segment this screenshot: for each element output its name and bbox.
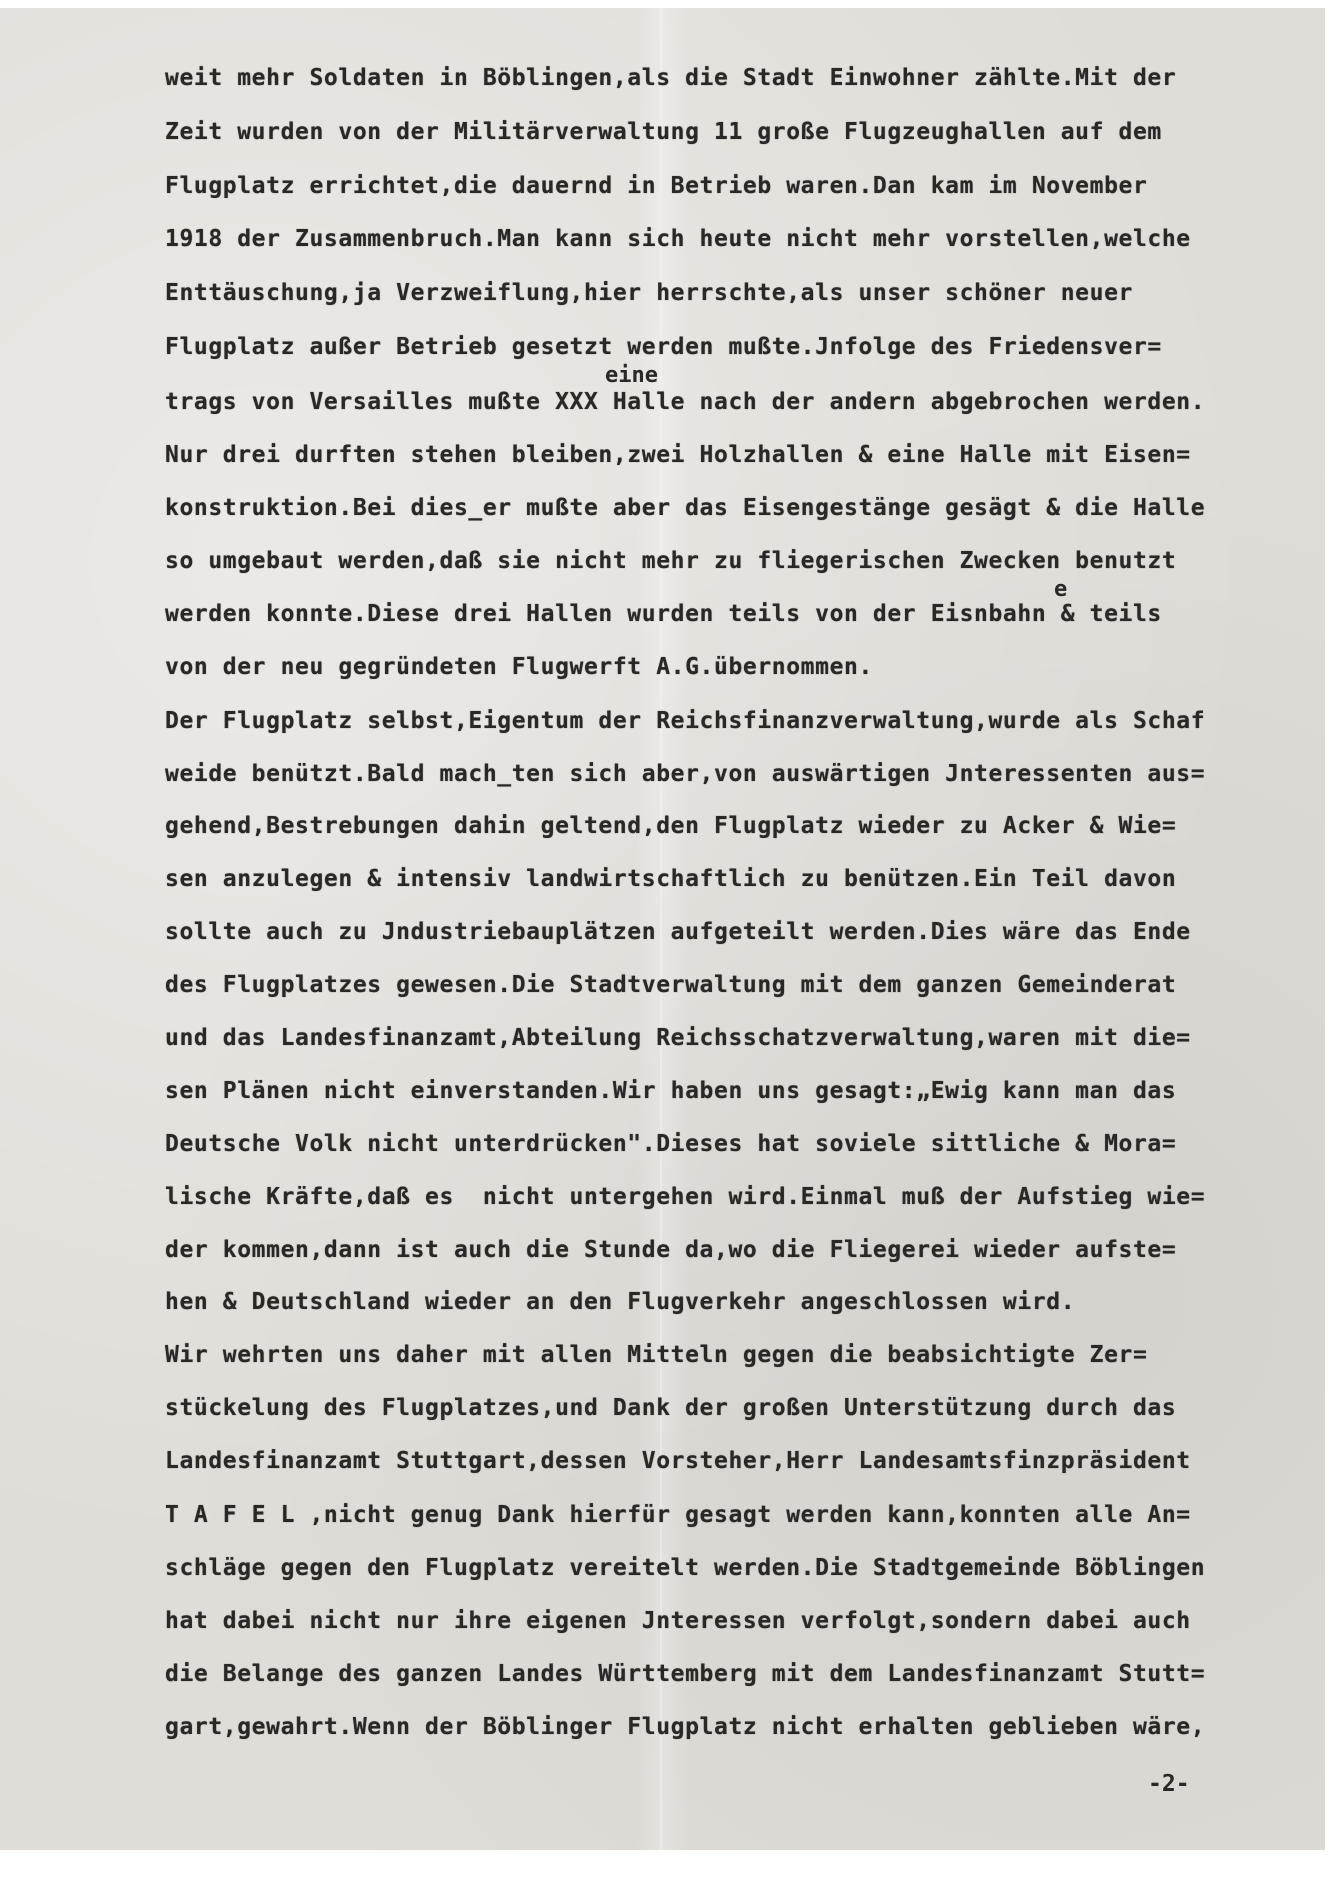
text-line: 1918 der Zusammenbruch.Man kann sich heu…	[165, 225, 1191, 253]
text-line: Zeit wurden von der Militärverwaltung 11…	[165, 118, 1162, 146]
text-line: von der neu gegründeten Flugwerft A.G.üb…	[165, 653, 873, 681]
text-line: gart,gewahrt.Wenn der Böblinger Flugplat…	[165, 1713, 1205, 1741]
text-line: stückelung des Flugplatzes,und Dank der …	[165, 1394, 1176, 1422]
text-line: der kommen,dann ist auch die Stunde da,w…	[165, 1236, 1176, 1264]
text-line: sollte auch zu Jndustriebauplätzen aufge…	[165, 918, 1191, 946]
text-line: gehend,Bestrebungen dahin geltend,den Fl…	[165, 812, 1176, 840]
text-line: weide benützt.Bald mach_ten sich aber,vo…	[165, 760, 1205, 788]
text-line: Flugplatz außer Betrieb gesetzt werden m…	[165, 333, 1162, 361]
text-line: weit mehr Soldaten in Böblingen,als die …	[165, 64, 1176, 92]
text-line: und das Landesfinanzamt,Abteilung Reichs…	[165, 1024, 1191, 1052]
text-line: Deutsche Volk nicht unterdrücken".Dieses…	[165, 1130, 1176, 1158]
text-line: Nur drei durften stehen bleiben,zwei Hol…	[165, 441, 1191, 469]
typed-insertion: eine	[605, 364, 658, 388]
text-line: hat dabei nicht nur ihre eigenen Jnteres…	[165, 1607, 1191, 1635]
text-line: werden konnte.Diese drei Hallen wurden t…	[165, 600, 1162, 628]
text-line: hen & Deutschland wieder an den Flugverk…	[165, 1288, 1075, 1316]
text-line: T A F E L ,nicht genug Dank hierfür gesa…	[165, 1501, 1191, 1529]
text-line: Wir wehrten uns daher mit allen Mitteln …	[165, 1341, 1147, 1369]
text-line: des Flugplatzes gewesen.Die Stadtverwalt…	[165, 971, 1176, 999]
text-line: trags von Versailles mußte XXX Halle nac…	[165, 388, 1205, 416]
text-line: schläge gegen den Flugplatz vereitelt we…	[165, 1554, 1205, 1582]
text-line: Landesfinanzamt Stuttgart,dessen Vorsteh…	[165, 1447, 1191, 1475]
text-line: sen Plänen nicht einverstanden.Wir haben…	[165, 1077, 1176, 1105]
text-line: die Belange des ganzen Landes Württember…	[165, 1660, 1205, 1688]
text-line: so umgebaut werden,daß sie nicht mehr zu…	[165, 547, 1176, 575]
text-line: konstruktion.Bei dies_er mußte aber das …	[165, 494, 1205, 522]
typed-insertion: e	[1054, 578, 1067, 602]
text-line: lische Kräfte,daß es nicht untergehen wi…	[165, 1183, 1205, 1211]
page-number: -2-	[1148, 1770, 1190, 1798]
text-line: sen anzulegen & intensiv landwirtschaftl…	[165, 865, 1176, 893]
text-line: Flugplatz errichtet,die dauernd in Betri…	[165, 172, 1147, 200]
text-line: Der Flugplatz selbst,Eigentum der Reichs…	[165, 707, 1205, 735]
text-line: Enttäuschung,ja Verzweiflung,hier herrsc…	[165, 279, 1133, 307]
